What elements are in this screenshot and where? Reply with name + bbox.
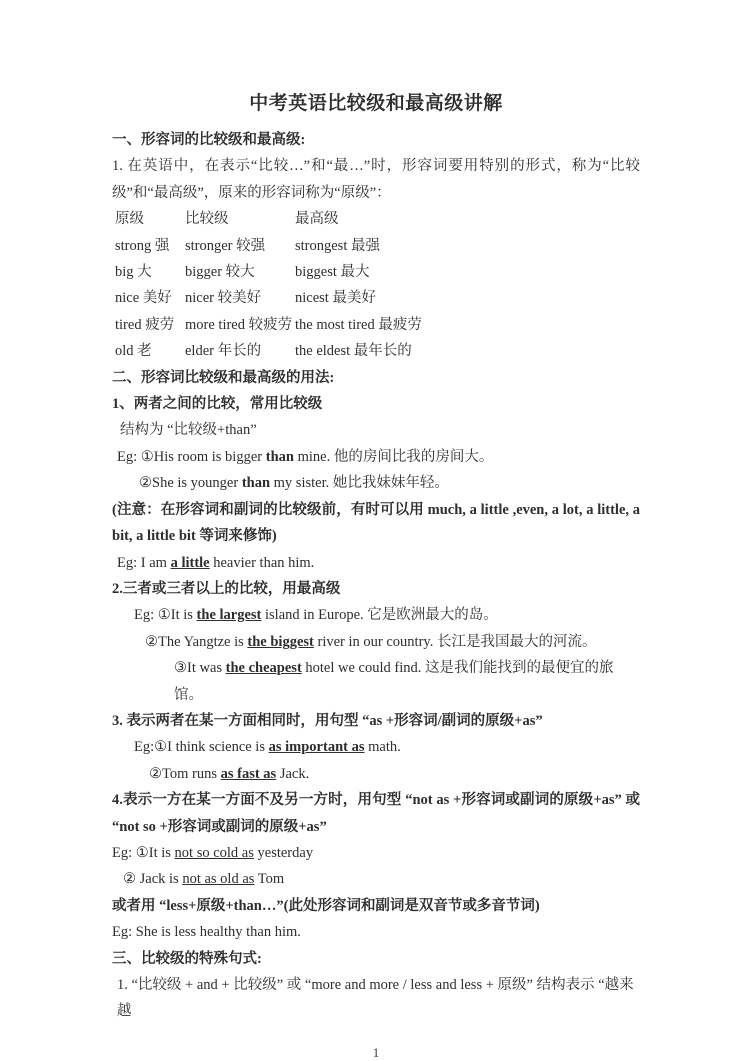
- vocab-table-row: strong 强stronger 较强strongest 最强: [112, 233, 640, 259]
- text-segment: Tom: [254, 871, 284, 887]
- text-segment: island in Europe. 它是欧洲最大的岛。: [261, 607, 497, 623]
- vocab-table-cell: tired 疲劳: [115, 312, 185, 338]
- document-line: 三、比较级的特殊句式:: [112, 946, 640, 972]
- document-line: ③It was the cheapest hotel we could find…: [112, 655, 640, 708]
- emphasis-text: the biggest: [247, 634, 313, 650]
- text-segment: Eg: She is less healthy than him.: [112, 924, 301, 940]
- vocab-table-cell: the most tired 最疲劳: [295, 312, 640, 338]
- text-segment: ③It was: [174, 660, 226, 676]
- vocab-table-cell: strong 强: [115, 233, 185, 259]
- document-line: (注意：在形容词和副词的比较级前，有时可以用 much, a little ,e…: [112, 497, 640, 550]
- text-segment: river in our country. 长江是我国最大的河流。: [314, 634, 597, 650]
- vocab-table-cell: bigger 较大: [185, 259, 295, 285]
- vocab-table-row: nice 美好nicer 较美好nicest 最美好: [112, 285, 640, 311]
- emphasis-text: not as old as: [182, 871, 254, 887]
- emphasis-text: the cheapest: [226, 660, 302, 676]
- emphasis-text: 三、比较级的特殊句式:: [112, 951, 262, 967]
- vocab-table-row: big 大bigger 较大biggest 最大: [112, 259, 640, 285]
- emphasis-text: 4.表示一方在某一方面不及另一方时，用句型 “not as +形容词或副词的原级…: [112, 792, 640, 834]
- vocab-table-cell: 比较级: [185, 206, 295, 232]
- document-lines: 一、形容词的比较级和最高级:1. 在英语中，在表示“比较…”和“最…”时，形容词…: [112, 127, 640, 1025]
- text-segment: Eg:①I think science is: [134, 739, 269, 755]
- emphasis-text: the largest: [197, 607, 262, 623]
- text-segment: Jack.: [276, 766, 309, 782]
- emphasis-text: 一、形容词的比较级和最高级:: [112, 132, 305, 148]
- document-line: 二、形容词比较级和最高级的用法:: [112, 365, 640, 391]
- document-line: Eg:①I think science is as important as m…: [112, 734, 640, 760]
- document-line: 1. 在英语中，在表示“比较…”和“最…”时，形容词要用特别的形式，称为“比较级…: [112, 153, 640, 206]
- text-segment: my sister. 她比我妹妹年轻。: [270, 475, 449, 491]
- text-segment: 1. “比较级 + and + 比较级” 或 “more and more / …: [117, 977, 634, 1019]
- text-segment: heavier than him.: [210, 555, 315, 571]
- document-line: 4.表示一方在某一方面不及另一方时，用句型 “not as +形容词或副词的原级…: [112, 787, 640, 840]
- document-line: 2.三者或三者以上的比较，用最高级: [112, 576, 640, 602]
- vocab-table-cell: stronger 较强: [185, 233, 295, 259]
- document-title: 中考英语比较级和最高级讲解: [112, 90, 640, 117]
- text-segment: Eg: ①His room is bigger: [117, 449, 266, 465]
- document-line: 3. 表示两者在某一方面相同时，用句型 “as +形容词/副词的原级+as”: [112, 708, 640, 734]
- document-page: 中考英语比较级和最高级讲解 一、形容词的比较级和最高级:1. 在英语中，在表示“…: [0, 0, 750, 1061]
- text-segment: Eg: ①It is: [112, 845, 175, 861]
- emphasis-text: (此处形容词和副词是双音节或多音节词): [284, 898, 540, 914]
- emphasis-text: a little: [171, 555, 210, 571]
- document-line: Eg: ①It is the largest island in Europe.…: [112, 602, 640, 628]
- vocab-table-cell: strongest 最强: [295, 233, 640, 259]
- vocab-table-cell: biggest 最大: [295, 259, 640, 285]
- emphasis-text: 2.三者或三者以上的比较，用最高级: [112, 581, 340, 597]
- vocab-table-row: old 老elder 年长的the eldest 最年长的: [112, 338, 640, 364]
- document-line: Eg: She is less healthy than him.: [112, 919, 640, 945]
- emphasis-text: than: [266, 449, 294, 465]
- document-line: 一、形容词的比较级和最高级:: [112, 127, 640, 153]
- document-line: ②The Yangtze is the biggest river in our…: [112, 629, 640, 655]
- vocab-table-cell: 最高级: [295, 206, 640, 232]
- vocab-table-cell: 原级: [115, 206, 185, 232]
- emphasis-text: 3. 表示两者在某一方面相同时，用句型 “as +形容词/副词的原级+as”: [112, 713, 543, 729]
- text-segment: ②Tom runs: [149, 766, 221, 782]
- vocab-table-cell: nicest 最美好: [295, 285, 640, 311]
- text-segment: ②She is younger: [139, 475, 242, 491]
- text-segment: 结构为 “比较级+than”: [120, 422, 257, 438]
- vocab-table-cell: big 大: [115, 259, 185, 285]
- text-segment: 1. 在英语中，在表示“比较…”和“最…”时，形容词要用特别的形式，称为“比较级…: [112, 158, 640, 200]
- emphasis-text: than: [242, 475, 270, 491]
- emphasis-text: not so cold as: [175, 845, 254, 861]
- text-segment: mine. 他的房间比我的房间大。: [294, 449, 493, 465]
- document-line: 或者用 “less+原级+than…”(此处形容词和副词是双音节或多音节词): [112, 893, 640, 919]
- text-segment: Eg: ①It is: [134, 607, 197, 623]
- document-line: ②She is younger than my sister. 她比我妹妹年轻。: [112, 470, 640, 496]
- emphasis-text: as fast as: [221, 766, 277, 782]
- vocab-table-cell: nice 美好: [115, 285, 185, 311]
- vocab-table-cell: nicer 较美好: [185, 285, 295, 311]
- document-line: ②Tom runs as fast as Jack.: [112, 761, 640, 787]
- vocab-table-row: tired 疲劳more tired 较疲劳the most tired 最疲劳: [112, 312, 640, 338]
- vocab-table-cell: the eldest 最年长的: [295, 338, 640, 364]
- document-line: Eg: I am a little heavier than him.: [112, 550, 640, 576]
- emphasis-text: (注意：在形容词和副词的比较级前，有时可以用 much, a little ,e…: [112, 502, 640, 544]
- emphasis-text: as important as: [269, 739, 365, 755]
- emphasis-text: 1、两者之间的比较，常用比较级: [112, 396, 322, 412]
- emphasis-text: 二、形容词比较级和最高级的用法:: [112, 370, 334, 386]
- page-number: 1: [112, 1040, 640, 1061]
- text-segment: Eg: I am: [117, 555, 171, 571]
- document-line: Eg: ①His room is bigger than mine. 他的房间比…: [112, 444, 640, 470]
- text-segment: ② Jack is: [123, 871, 182, 887]
- document-line: 1. “比较级 + and + 比较级” 或 “more and more / …: [112, 972, 640, 1025]
- emphasis-text: 或者用 “less+原级+than…”: [112, 898, 284, 914]
- vocab-table-cell: elder 年长的: [185, 338, 295, 364]
- text-segment: ②The Yangtze is: [145, 634, 247, 650]
- document-line: Eg: ①It is not so cold as yesterday: [112, 840, 640, 866]
- vocab-table-cell: more tired 较疲劳: [185, 312, 295, 338]
- text-segment: math.: [364, 739, 400, 755]
- vocab-table-row: 原级比较级最高级: [112, 206, 640, 232]
- document-line: ② Jack is not as old as Tom: [112, 866, 640, 892]
- text-segment: yesterday: [254, 845, 313, 861]
- vocab-table-cell: old 老: [115, 338, 185, 364]
- document-line: 1、两者之间的比较，常用比较级: [112, 391, 640, 417]
- document-line: 结构为 “比较级+than”: [112, 417, 640, 443]
